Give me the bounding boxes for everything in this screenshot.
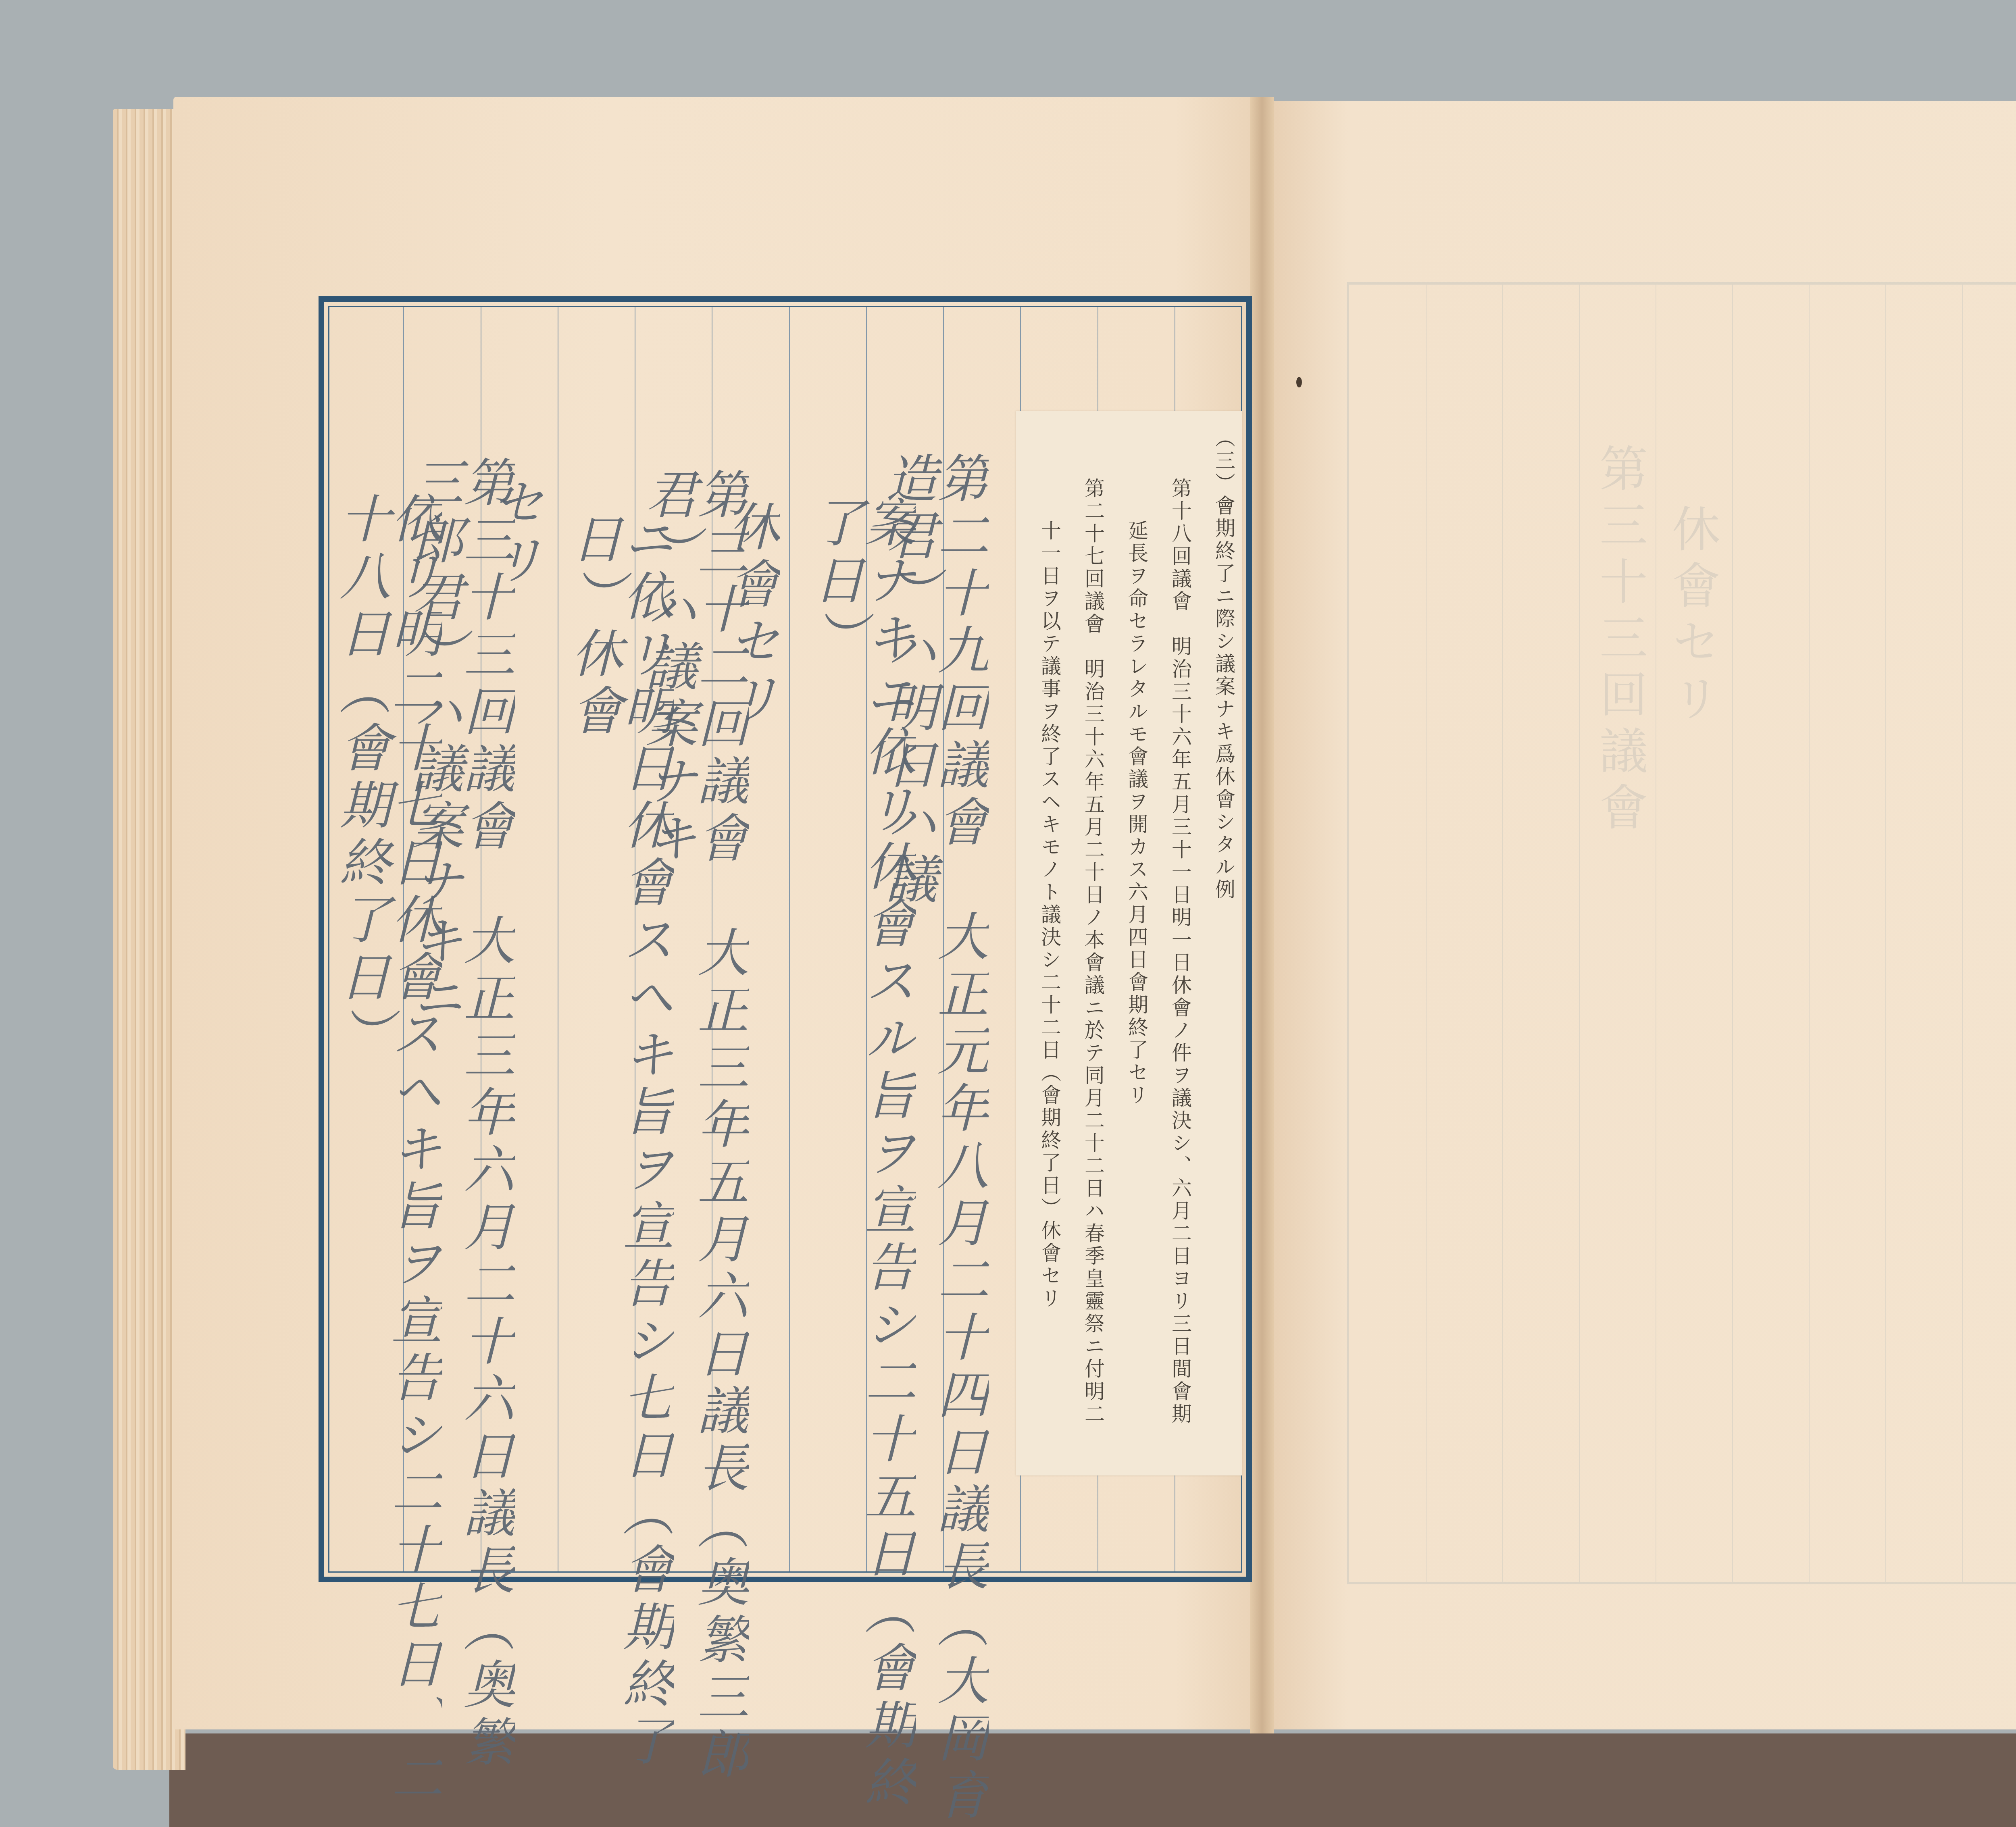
ink-speck (1296, 377, 1302, 387)
show-through-text: 休會セリ (1657, 504, 1727, 730)
handwritten-line: 案ナキニ依リ休會スル旨ヲ宣告シ二十五日（會期終了日） (808, 496, 912, 1827)
handwritten-line: ニ依リ明日休會スヘキ旨ヲ宣告シ七日（會期終了日）休會 (566, 512, 670, 1827)
slip-heading: （三）會期終了ニ際シ議案ナキ爲休會シタル例 (1214, 427, 1234, 901)
show-through-text: 第三十三回議會 (1585, 443, 1654, 839)
pasted-printed-slip: （三）會期終了ニ際シ議案ナキ爲休會シタル例 第十八回議會 明治三十六年五月三十一… (1016, 411, 1242, 1475)
handwritten-line: 依リ明二十七日休會スヘキ旨ヲ宣告シ二十七日、二十八日（會期終了日） (335, 492, 438, 1827)
ghost-rule (1962, 285, 1963, 1582)
slip-line: 十一日ヲ以テ議事ヲ終了スヘキモノト議決シ二十二日（會期終了日）休會セリ (1039, 520, 1060, 1310)
ghost-rule (1426, 285, 1427, 1582)
column-rule (789, 307, 790, 1571)
slip-line: 延長ヲ命セラレタルモ會議ヲ開カス六月四日會期終了セリ (1127, 520, 1147, 1107)
book-gutter (1250, 97, 1274, 1733)
ghost-rule (1502, 285, 1503, 1582)
column-rule (558, 307, 558, 1571)
slip-line: 第二十七回議會 明治三十六年五月二十日ノ本會議ニ於テ同月二十二日ハ春季皇靈祭ニ付… (1083, 478, 1103, 1426)
slip-line: 第十八回議會 明治三十六年五月三十一日明一日休會ノ件ヲ議決シ、六月二日ヨリ三日間… (1170, 478, 1190, 1426)
ghost-rule (1732, 285, 1733, 1582)
ghost-rule (1809, 285, 1810, 1582)
ghost-rule (1656, 285, 1656, 1582)
ghost-rule (1579, 285, 1580, 1582)
show-through-frame (1347, 282, 2016, 1584)
ghost-rule (1885, 285, 1886, 1582)
